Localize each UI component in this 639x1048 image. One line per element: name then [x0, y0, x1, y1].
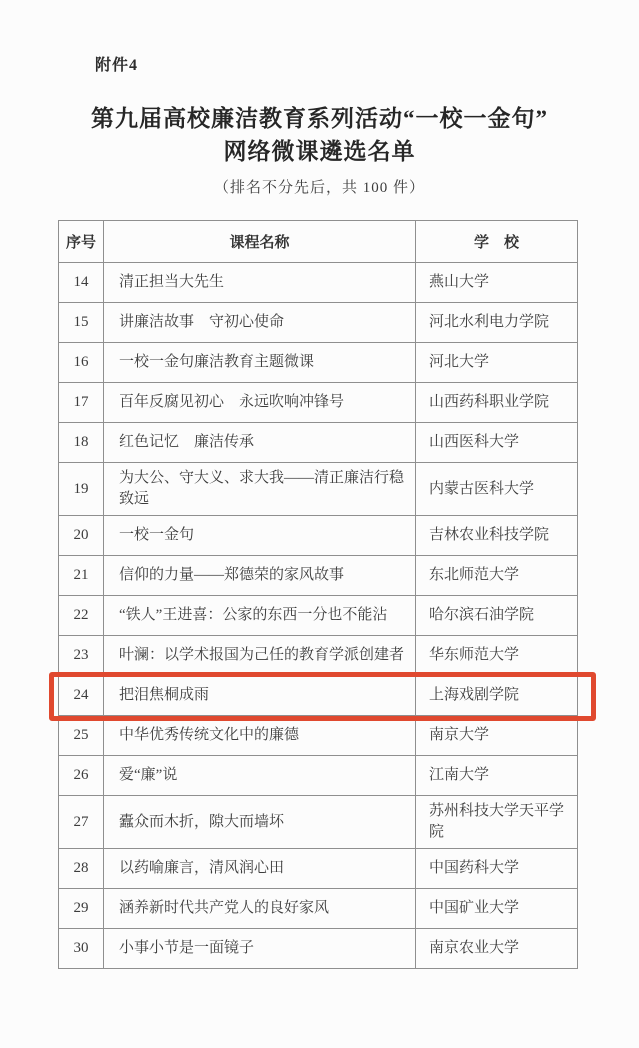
course-name-cell: 信仰的力量——郑德荣的家风故事 [104, 556, 416, 596]
row-number-cell: 19 [59, 463, 104, 516]
header-school: 学 校 [416, 221, 578, 263]
table-row: 29涵养新时代共产党人的良好家风中国矿业大学 [59, 889, 578, 929]
school-cell: 中国矿业大学 [416, 889, 578, 929]
school-cell: 华东师范大学 [416, 636, 578, 676]
table-row: 14清正担当大先生燕山大学 [59, 263, 578, 303]
row-number-cell: 15 [59, 303, 104, 343]
row-number-cell: 17 [59, 383, 104, 423]
school-cell: 燕山大学 [416, 263, 578, 303]
table-row: 19为大公、守大义、求大我——清正廉洁行稳致远内蒙古医科大学 [59, 463, 578, 516]
course-name-cell: 把泪焦桐成雨 [104, 676, 416, 716]
course-name-cell: 爱“廉”说 [104, 756, 416, 796]
table-row: 30小事小节是一面镜子南京农业大学 [59, 929, 578, 969]
row-number-cell: 24 [59, 676, 104, 716]
course-name-cell: 一校一金句 [104, 516, 416, 556]
course-name-cell: 讲廉洁故事 守初心使命 [104, 303, 416, 343]
course-name-cell: 清正担当大先生 [104, 263, 416, 303]
row-number-cell: 25 [59, 716, 104, 756]
table-body: 14清正担当大先生燕山大学15讲廉洁故事 守初心使命河北水利电力学院16一校一金… [59, 263, 578, 969]
school-cell: 吉林农业科技学院 [416, 516, 578, 556]
row-number-cell: 26 [59, 756, 104, 796]
table-row: 25中华优秀传统文化中的廉德南京大学 [59, 716, 578, 756]
row-number-cell: 29 [59, 889, 104, 929]
table-row: 27蠹众而木折，隙大而墙坏苏州科技大学天平学院 [59, 796, 578, 849]
row-number-cell: 23 [59, 636, 104, 676]
row-number-cell: 14 [59, 263, 104, 303]
course-name-cell: 涵养新时代共产党人的良好家风 [104, 889, 416, 929]
document-title-line2: 网络微课遴选名单 [0, 135, 639, 168]
course-name-cell: 百年反腐见初心 永远吹响冲锋号 [104, 383, 416, 423]
course-name-cell: “铁人”王进喜：公家的东西一分也不能沾 [104, 596, 416, 636]
table-row: 18红色记忆 廉洁传承山西医科大学 [59, 423, 578, 463]
table-row: 26爱“廉”说江南大学 [59, 756, 578, 796]
table-row: 17百年反腐见初心 永远吹响冲锋号山西药科职业学院 [59, 383, 578, 423]
school-cell: 河北大学 [416, 343, 578, 383]
school-cell: 内蒙古医科大学 [416, 463, 578, 516]
table-row: 24把泪焦桐成雨上海戏剧学院 [59, 676, 578, 716]
row-number-cell: 30 [59, 929, 104, 969]
table-row: 20一校一金句吉林农业科技学院 [59, 516, 578, 556]
table-row: 15讲廉洁故事 守初心使命河北水利电力学院 [59, 303, 578, 343]
row-number-cell: 22 [59, 596, 104, 636]
school-cell: 东北师范大学 [416, 556, 578, 596]
table-row: 28以药喻廉言，清风润心田中国药科大学 [59, 849, 578, 889]
row-number-cell: 18 [59, 423, 104, 463]
course-name-cell: 中华优秀传统文化中的廉德 [104, 716, 416, 756]
document-subtitle: （排名不分先后，共 100 件） [0, 176, 639, 197]
table-row: 16一校一金句廉洁教育主题微课河北大学 [59, 343, 578, 383]
school-cell: 上海戏剧学院 [416, 676, 578, 716]
attachment-label: 附件4 [95, 52, 138, 75]
row-number-cell: 28 [59, 849, 104, 889]
course-table: 序号 课程名称 学 校 14清正担当大先生燕山大学15讲廉洁故事 守初心使命河北… [58, 220, 578, 969]
row-number-cell: 16 [59, 343, 104, 383]
course-name-cell: 一校一金句廉洁教育主题微课 [104, 343, 416, 383]
header-number: 序号 [59, 221, 104, 263]
school-cell: 山西药科职业学院 [416, 383, 578, 423]
course-name-cell: 为大公、守大义、求大我——清正廉洁行稳致远 [104, 463, 416, 516]
document-title-line1: 第九届高校廉洁教育系列活动“一校一金句” [0, 102, 639, 135]
school-cell: 河北水利电力学院 [416, 303, 578, 343]
school-cell: 南京农业大学 [416, 929, 578, 969]
course-name-cell: 以药喻廉言，清风润心田 [104, 849, 416, 889]
row-number-cell: 27 [59, 796, 104, 849]
school-cell: 中国药科大学 [416, 849, 578, 889]
table-header-row: 序号 课程名称 学 校 [59, 221, 578, 263]
course-name-cell: 蠹众而木折，隙大而墙坏 [104, 796, 416, 849]
school-cell: 苏州科技大学天平学院 [416, 796, 578, 849]
course-name-cell: 红色记忆 廉洁传承 [104, 423, 416, 463]
table-row: 23叶澜：以学术报国为己任的教育学派创建者华东师范大学 [59, 636, 578, 676]
table-row: 21信仰的力量——郑德荣的家风故事东北师范大学 [59, 556, 578, 596]
row-number-cell: 21 [59, 556, 104, 596]
course-name-cell: 叶澜：以学术报国为己任的教育学派创建者 [104, 636, 416, 676]
table-row: 22“铁人”王进喜：公家的东西一分也不能沾哈尔滨石油学院 [59, 596, 578, 636]
row-number-cell: 20 [59, 516, 104, 556]
school-cell: 南京大学 [416, 716, 578, 756]
school-cell: 山西医科大学 [416, 423, 578, 463]
school-cell: 江南大学 [416, 756, 578, 796]
school-cell: 哈尔滨石油学院 [416, 596, 578, 636]
header-course-name: 课程名称 [104, 221, 416, 263]
document-title: 第九届高校廉洁教育系列活动“一校一金句” 网络微课遴选名单 [0, 102, 639, 168]
course-name-cell: 小事小节是一面镜子 [104, 929, 416, 969]
